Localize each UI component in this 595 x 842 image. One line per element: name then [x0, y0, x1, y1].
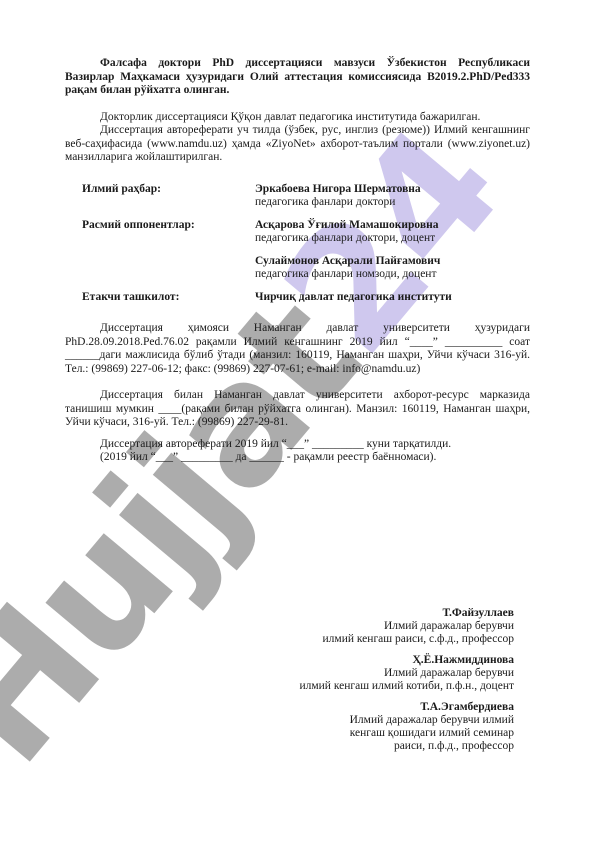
- defense-info-paragraph: Диссертация ҳимояси Наманган давлат унив…: [65, 322, 530, 376]
- opponent-1-role: педагогика фанлари доктори, доцент: [255, 232, 530, 246]
- leading-organization-label: Етакчи ташкилот:: [65, 291, 255, 305]
- opponent-2-role: педагогика фанлари номзоди, доцент: [255, 268, 530, 282]
- scientific-advisor-row: Илмий раҳбар: Эркабоева Нигора Шерматовн…: [65, 183, 530, 210]
- thesis-registration-paragraph: Фалсафа доктори PhD диссертацияси мавзус…: [65, 57, 530, 98]
- scientific-advisor-role: педагогика фанлари доктори: [255, 196, 530, 210]
- signatory-2: Ҳ.Ё.Нажмиддинова Илмий даражалар берувчи…: [214, 654, 514, 693]
- scientific-advisor-label: Илмий раҳбар:: [65, 183, 255, 210]
- official-opponents-row: Расмий оппонентлар: Асқарова Ўғилой Мама…: [65, 219, 530, 246]
- committee-section: Илмий раҳбар: Эркабоева Нигора Шерматовн…: [65, 183, 530, 305]
- signatory-2-name: Ҳ.Ё.Нажмиддинова: [214, 654, 514, 667]
- document-page: Hujjat24 Фалсафа доктори PhD диссертация…: [0, 0, 595, 842]
- leading-organization-row: Етакчи ташкилот: Чирчиқ давлат педагогик…: [65, 291, 530, 305]
- library-info-paragraph: Диссертация билан Наманган давлат универ…: [65, 389, 530, 430]
- signatory-1-name: Т.Файзуллаев: [214, 607, 514, 620]
- signatory-3-role: Илмий даражалар берувчи илмий кенгаш қош…: [214, 714, 514, 753]
- signatory-1-role: Илмий даражалар берувчи илмий кенгаш раи…: [214, 620, 514, 646]
- opponent-1-name: Асқарова Ўғилой Мамашокировна: [255, 219, 530, 233]
- signatory-1: Т.Файзуллаев Илмий даражалар берувчи илм…: [214, 607, 514, 646]
- opponent-2-label: [65, 255, 255, 282]
- signature-block: Т.Файзуллаев Илмий даражалар берувчи илм…: [214, 607, 514, 753]
- leading-organization-name: Чирчиқ давлат педагогика институти: [255, 291, 530, 305]
- signatory-3-name: Т.А.Эгамбердиева: [214, 701, 514, 714]
- opponent-2-name: Сулаймонов Асқарали Пайғамович: [255, 255, 530, 269]
- signatory-3: Т.А.Эгамбердиева Илмий даражалар берувчи…: [214, 701, 514, 753]
- thesis-performed-paragraph: Докторлик диссертацияси Қўқон давлат пед…: [65, 111, 530, 125]
- document-content: Фалсафа доктори PhD диссертацияси мавзус…: [0, 0, 595, 753]
- scientific-advisor-name: Эркабоева Нигора Шерматовна: [255, 183, 530, 197]
- abstract-distribution-paragraph: Диссертация автореферати 2019 йил “___” …: [65, 438, 530, 452]
- registry-note-paragraph: (2019 йил “___” _________ да ______ - ра…: [65, 451, 530, 465]
- signatory-2-role: Илмий даражалар берувчи илмий кенгаш илм…: [214, 667, 514, 693]
- abstract-languages-paragraph: Диссертация автореферати уч тилда (ўзбек…: [65, 124, 530, 165]
- official-opponent-2-row: Сулаймонов Асқарали Пайғамович педагогик…: [65, 255, 530, 282]
- official-opponents-label: Расмий оппонентлар:: [65, 219, 255, 246]
